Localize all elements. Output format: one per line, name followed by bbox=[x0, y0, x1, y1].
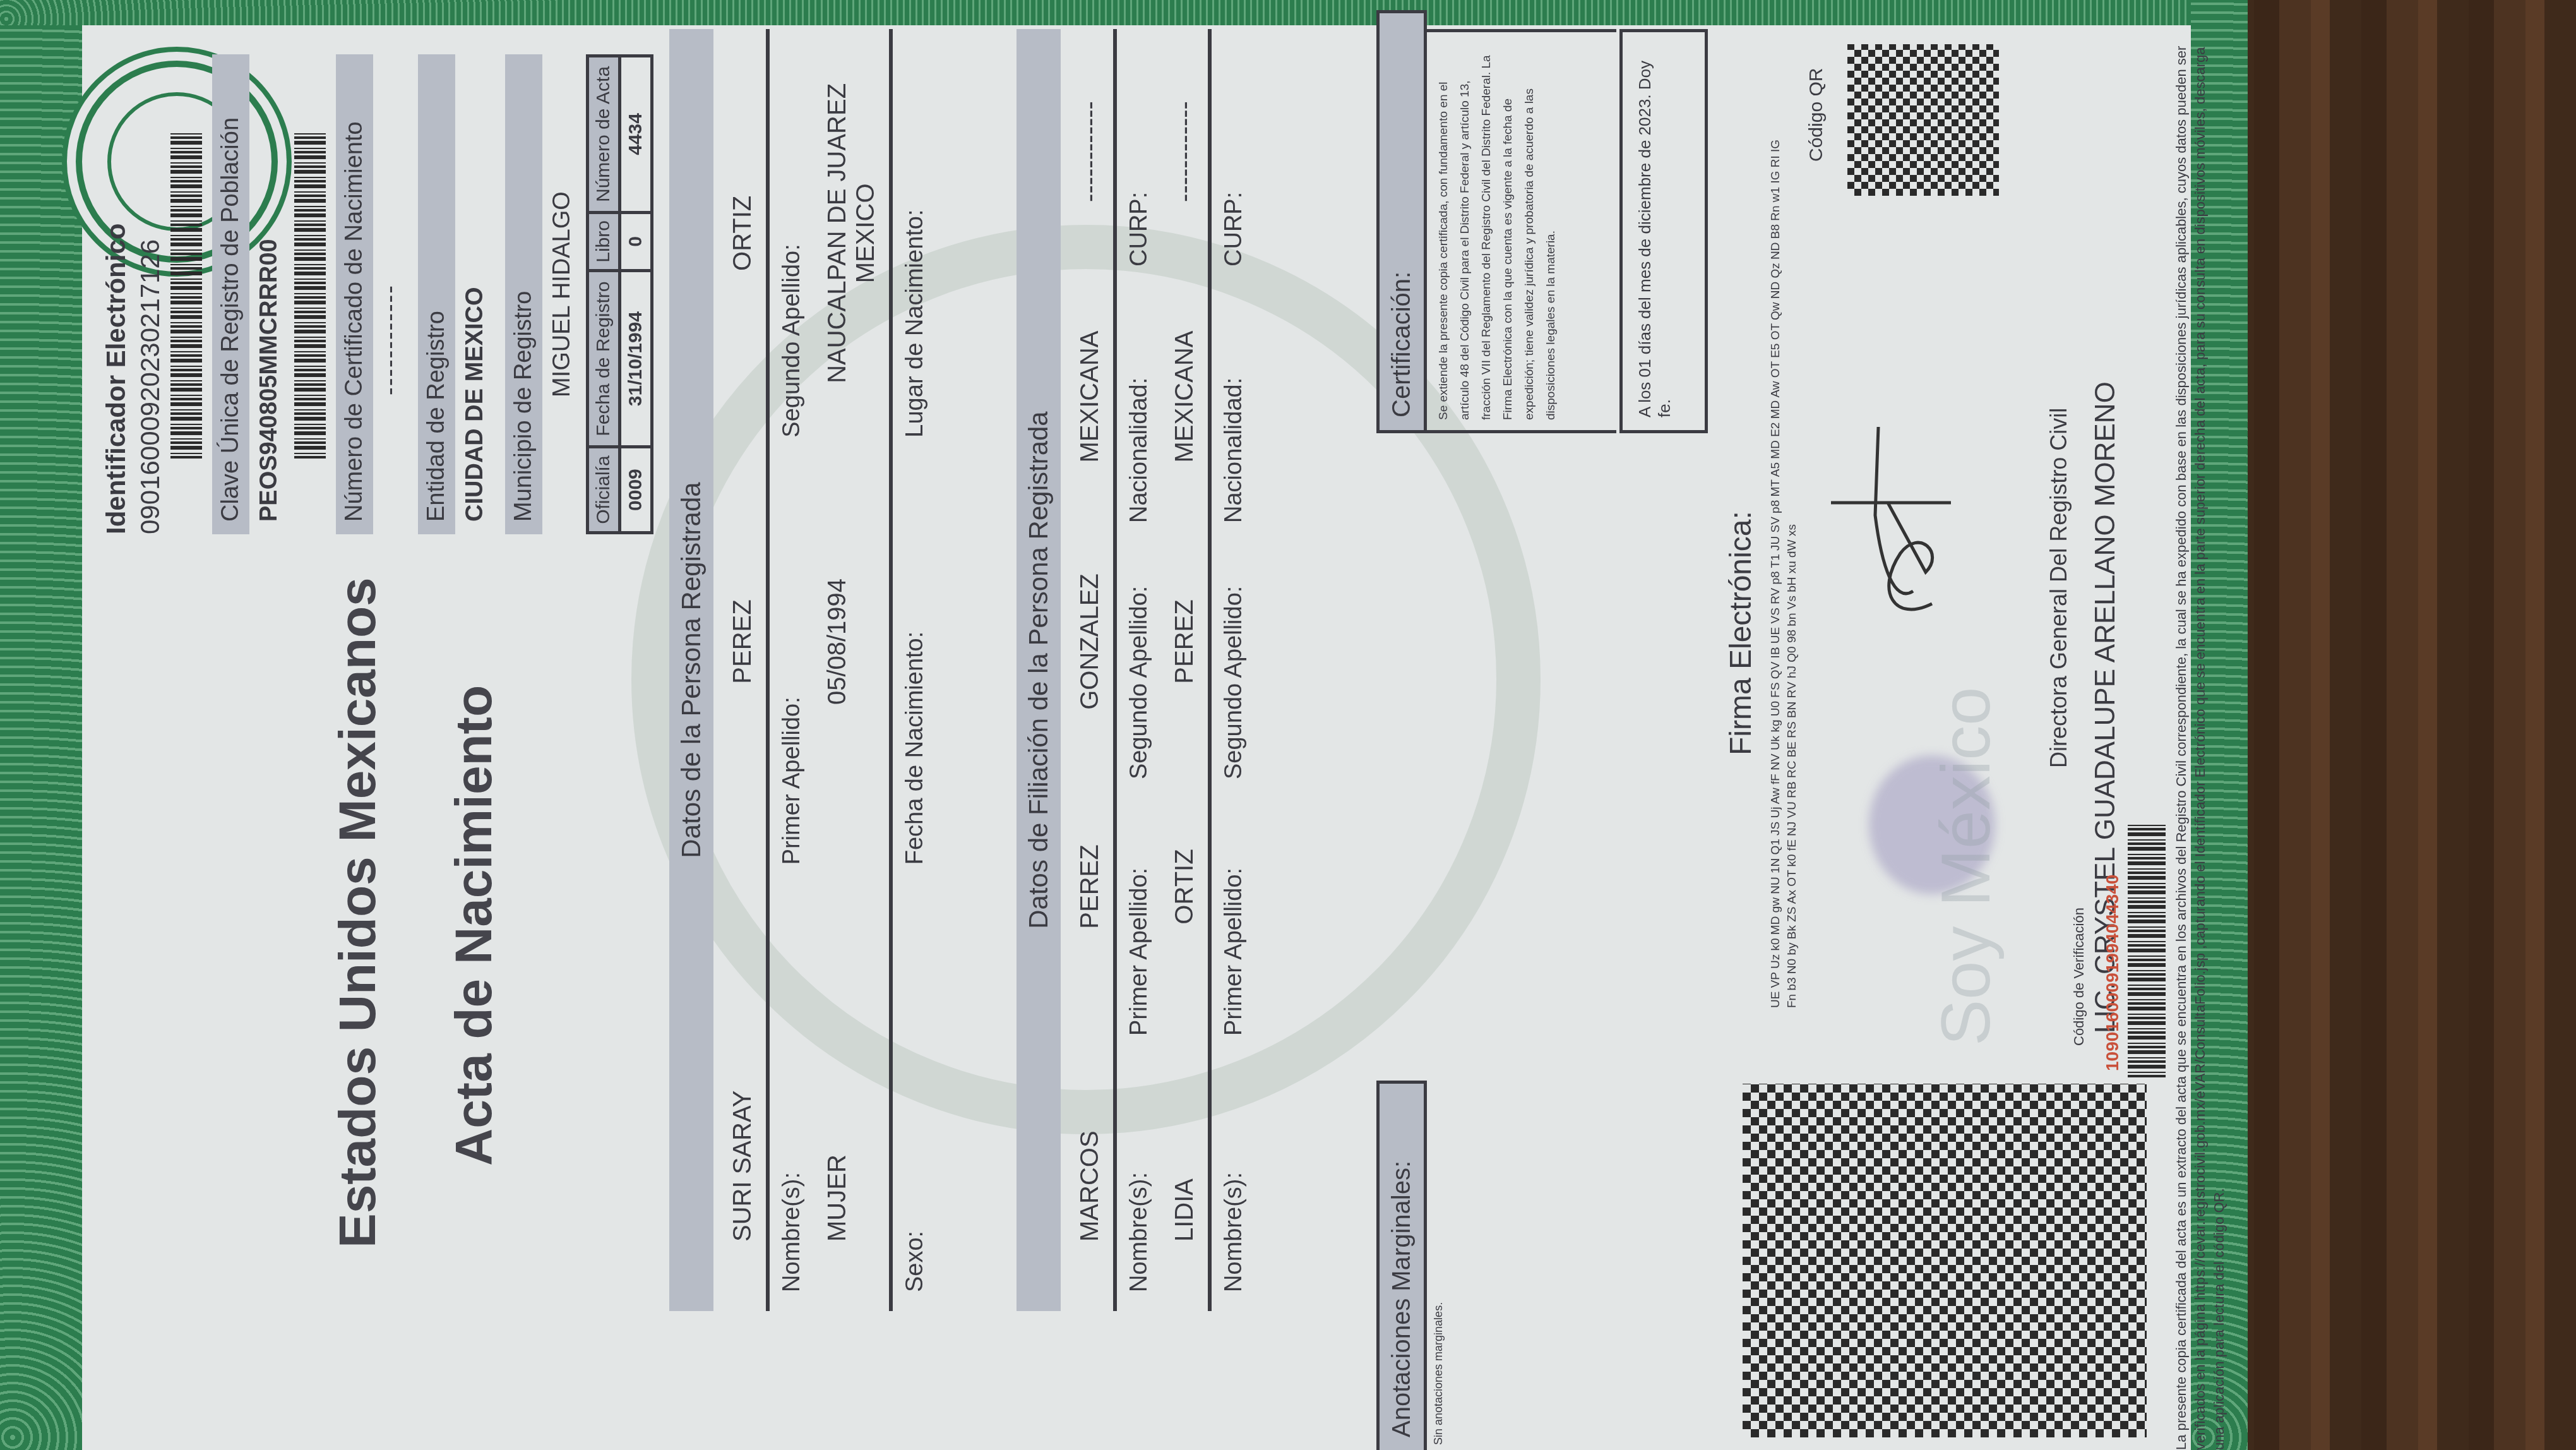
father-values: MARCOS PEREZ GONZALEZ MEXICANA ---------… bbox=[1067, 29, 1117, 1311]
mother-first-surname-label: Primer Apellido: bbox=[1212, 798, 1256, 1055]
mother-values: LIDIA ORTIZ PEREZ MEXICANA ------------ bbox=[1162, 29, 1212, 1311]
person-birth-date: 05/08/1994 bbox=[814, 438, 889, 846]
first-surname-label: Primer Apellido: bbox=[770, 457, 814, 884]
father-curp: ------------ bbox=[1067, 29, 1113, 274]
person-names: SURI SARAY bbox=[720, 846, 766, 1311]
person-second-surname: ORTIZ bbox=[720, 29, 766, 438]
registry-table-header: Oficialía Fecha de Registro Libro Número… bbox=[588, 56, 620, 533]
document-title: Acta de Nacimiento bbox=[444, 577, 504, 1166]
col-oficialia: Oficialía bbox=[588, 447, 620, 533]
father-labels: Nombre(s): Primer Apellido: Segundo Apel… bbox=[1117, 29, 1162, 1311]
father-second-surname-label: Segundo Apellido: bbox=[1117, 542, 1162, 798]
electronic-id-value: 09016000920230217126 bbox=[135, 54, 165, 534]
sex-label: Sexo: bbox=[893, 884, 938, 1311]
document-wrapper: Estados Unidos Mexicanos Acta de Nacimie… bbox=[0, 0, 2248, 1450]
mother-names-label: Nombre(s): bbox=[1212, 1055, 1256, 1311]
curp-value: PEOS940805MMCRRR00 bbox=[249, 54, 289, 534]
municipality-value: MIGUEL HIDALGO bbox=[542, 54, 582, 534]
numero-acta-value: 4434 bbox=[620, 56, 652, 213]
certification-title: Certificación: bbox=[1376, 10, 1427, 433]
birth-place-label: Lugar de Nacimiento: bbox=[893, 29, 938, 457]
large-qr-code bbox=[1743, 1084, 2147, 1437]
filiation-grid: MARCOS PEREZ GONZALEZ MEXICANA ---------… bbox=[1067, 29, 1256, 1311]
birth-date-label: Fecha de Nacimiento: bbox=[893, 457, 938, 884]
director-role: Directora General Del Registro Civil bbox=[2046, 408, 2072, 768]
country-title: Estados Unidos Mexicanos bbox=[328, 577, 388, 1248]
registered-person-section-title: Datos de la Persona Registrada bbox=[669, 29, 713, 1311]
father-first-surname: PEREZ bbox=[1067, 764, 1113, 1009]
person-names-labels: Nombre(s): Primer Apellido: Segundo Apel… bbox=[770, 29, 814, 1311]
col-fecha-registro: Fecha de Registro bbox=[588, 270, 620, 446]
curp-label: Clave Única de Registro de Población bbox=[212, 54, 249, 534]
person-names-values: SURI SARAY PEREZ ORTIZ bbox=[720, 29, 770, 1311]
mother-second-surname-label: Segundo Apellido: bbox=[1212, 542, 1256, 798]
qr-code-label: Código QR bbox=[1806, 68, 1827, 162]
mother-labels: Nombre(s): Primer Apellido: Segundo Apel… bbox=[1212, 29, 1256, 1311]
footer-legal-text: La presente copia certificada del acta e… bbox=[2172, 29, 2229, 1450]
father-first-surname-label: Primer Apellido: bbox=[1117, 798, 1162, 1055]
curp-barcode bbox=[294, 130, 326, 458]
handwritten-signature-icon bbox=[1818, 402, 1957, 629]
second-surname-label: Segundo Apellido: bbox=[770, 29, 814, 457]
mother-curp-label: CURP: bbox=[1212, 29, 1256, 285]
fecha-registro-value: 31/10/1994 bbox=[620, 270, 652, 446]
small-qr-code bbox=[1844, 40, 2003, 200]
annotations-body: Sin anotaciones marginales. bbox=[1427, 1086, 1450, 1450]
libro-value: 0 bbox=[620, 212, 652, 270]
registry-table: Oficialía Fecha de Registro Libro Número… bbox=[586, 54, 653, 534]
mother-nationality: MEXICANA bbox=[1162, 274, 1208, 519]
col-libro: Libro bbox=[588, 212, 620, 270]
person-birth-values: MUJER 05/08/1994 NAUCALPAN DE JUAREZ MEX… bbox=[814, 29, 893, 1311]
certification-date: A los 01 días del mes de diciembre de 20… bbox=[1619, 29, 1708, 433]
verification-code: 10901600091994044340 bbox=[2102, 875, 2123, 1071]
annotations-title: Anotaciones Marginales: bbox=[1376, 1081, 1427, 1450]
verification-barcode bbox=[2128, 825, 2166, 1077]
title-block: Estados Unidos Mexicanos Acta de Nacimie… bbox=[328, 577, 504, 1248]
person-first-surname: PEREZ bbox=[720, 438, 766, 846]
person-birth-place: NAUCALPAN DE JUAREZ MEXICO bbox=[814, 29, 889, 438]
electronic-id-label: Identificador Electrónico bbox=[101, 54, 131, 534]
decorative-border-right bbox=[0, 0, 2248, 25]
mother-names: LIDIA bbox=[1162, 1009, 1208, 1311]
electronic-id-barcode bbox=[170, 130, 202, 458]
oficialia-value: 0009 bbox=[620, 447, 652, 533]
soy-mexico-watermark: Soy México bbox=[1926, 686, 2006, 1046]
father-names: MARCOS bbox=[1067, 1009, 1113, 1311]
filiation-section-title: Datos de Filiación de la Persona Registr… bbox=[1017, 29, 1061, 1311]
birth-cert-number-value: ------------ bbox=[373, 54, 408, 534]
certification-body: Se extiende la presente copia certificad… bbox=[1427, 29, 1616, 433]
father-nationality-label: Nacionalidad: bbox=[1117, 285, 1162, 542]
birth-certificate: Estados Unidos Mexicanos Acta de Nacimie… bbox=[0, 0, 2248, 1450]
electronic-signature-title: Firma Electrónica: bbox=[1724, 511, 1758, 755]
registered-person-grid: SURI SARAY PEREZ ORTIZ Nombre(s): Primer… bbox=[720, 29, 938, 1311]
mother-first-surname: ORTIZ bbox=[1162, 764, 1208, 1009]
mother-second-surname: PEREZ bbox=[1162, 519, 1208, 764]
header-identifiers: Identificador Electrónico 09016000920230… bbox=[101, 54, 653, 534]
person-birth-labels: Sexo: Fecha de Nacimiento: Lugar de Naci… bbox=[893, 29, 938, 1311]
entity-value: CIUDAD DE MEXICO bbox=[455, 54, 495, 534]
mother-nationality-label: Nacionalidad: bbox=[1212, 285, 1256, 542]
registry-table-row: 0009 31/10/1994 0 4434 bbox=[620, 56, 652, 533]
decorative-border-top bbox=[0, 0, 82, 1450]
father-nationality: MEXICANA bbox=[1067, 274, 1113, 519]
father-second-surname: GONZALEZ bbox=[1067, 519, 1113, 764]
mother-curp: ------------ bbox=[1162, 29, 1208, 274]
electronic-signature-code: UE VP Uz k0 MD gw NU 1N Q1 JS Uj Aw fF N… bbox=[1768, 124, 1801, 1008]
entity-label: Entidad de Registro bbox=[418, 54, 455, 534]
father-curp-label: CURP: bbox=[1117, 29, 1162, 285]
names-label: Nombre(s): bbox=[770, 884, 814, 1311]
person-sex: MUJER bbox=[814, 846, 889, 1311]
father-names-label: Nombre(s): bbox=[1117, 1055, 1162, 1311]
birth-cert-number-label: Número de Certificado de Nacimiento bbox=[336, 54, 373, 534]
verification-code-label: Código de Verificación bbox=[2071, 908, 2087, 1046]
col-numero-acta: Número de Acta bbox=[588, 56, 620, 213]
municipality-label: Municipio de Registro bbox=[505, 54, 542, 534]
